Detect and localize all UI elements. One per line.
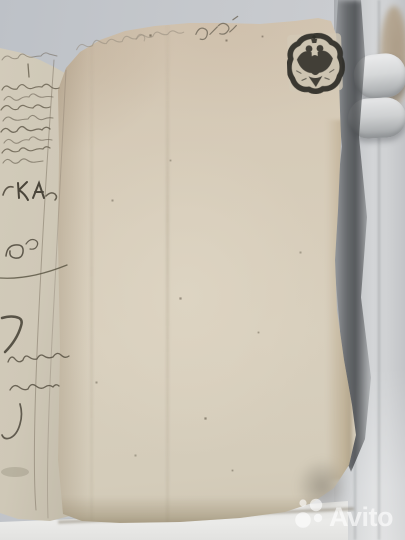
handwriting-strokes: [0, 53, 69, 518]
manuscript-photo: Avito: [0, 0, 405, 540]
double-headed-eagle-stamp-icon: [286, 31, 346, 95]
avito-watermark-text: Avito: [329, 502, 393, 532]
stamp-impression: [288, 34, 343, 92]
avito-logo-dots-icon: [295, 499, 322, 528]
paper-specks: [0, 0, 1, 1]
paper-crease: [90, 0, 93, 540]
avito-watermark: Avito: [291, 495, 403, 535]
cyrillic-handwriting: [0, 40, 70, 540]
paper-crease: [166, 0, 169, 540]
inscription-strokes: [75, 16, 239, 49]
